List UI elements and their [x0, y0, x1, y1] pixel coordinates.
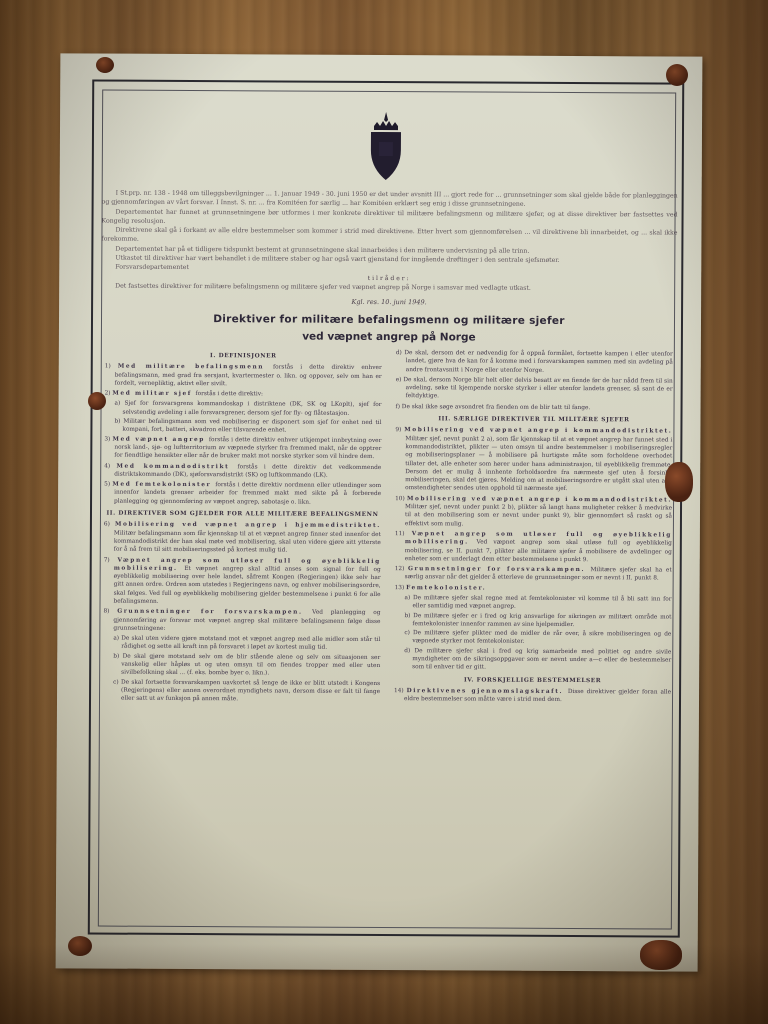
right-column: d) De skal, dersom det er nødvendig for …: [394, 349, 673, 707]
directive-item: 1) Med militære befalingsmenn forstås i …: [105, 363, 382, 389]
item-lead: Med femtekolonister: [112, 482, 215, 489]
sub-item-number: c): [113, 679, 121, 685]
sub-item-number: c): [404, 630, 413, 636]
item-lead: Med militære befalingsmenn: [118, 364, 273, 371]
item-lead: Med væpnet angrep: [112, 436, 208, 443]
sub-item-number: d): [404, 648, 414, 654]
directive-item: 10) Mobilisering ved væpnet angrep i kom…: [395, 495, 672, 530]
item-text: forstås i dette direktiv:: [195, 391, 262, 397]
preamble: I St.prp. nr. 138 - 1948 om tilleggsbevi…: [97, 189, 681, 276]
coat-of-arms-icon: [365, 110, 407, 185]
sub-item-number: b): [404, 613, 413, 619]
sub-item: d) De militære sjefer skal i fred og kri…: [394, 647, 671, 673]
pushpin-top-left: [96, 57, 114, 73]
item-number: 4): [104, 463, 116, 469]
item-number: 11): [395, 531, 412, 537]
directive-item: e) De skal, dersom Norge blir helt eller…: [396, 376, 673, 402]
directive-item: 2) Med militær sjef forstås i dette dire…: [105, 390, 382, 400]
sub-item: b) De skal gjøre motstand selv om de bli…: [103, 652, 380, 678]
item-number: 2): [105, 391, 113, 397]
item-text: Militær sjef, nevnt punkt 2 a), som får …: [405, 436, 672, 493]
directive-item: 12) Grunnsetninger for forsvarskampen. M…: [395, 565, 672, 583]
resolution-paragraph: Det fastsettes direktiver for militære b…: [101, 281, 677, 293]
pushpin-left-middle: [88, 392, 106, 410]
item-lead: Mobilisering ved væpnet angrep i kommand…: [404, 427, 672, 434]
item-lead: Med militær sjef: [112, 391, 195, 397]
item-number: 8): [103, 609, 117, 615]
sub-item-text: De skal uten videre gjøre motstand mot e…: [121, 636, 380, 651]
item-number: 6): [104, 522, 115, 528]
sub-item-text: De militære sjefer plikter med de midler…: [412, 630, 671, 645]
sub-item: b) De militære sjefer er i fred og krig …: [394, 612, 671, 630]
left-column: I. DEFINISJONER1) Med militære befalings…: [103, 348, 382, 706]
section-heading: II. DIREKTIVER SOM GJELDER FOR ALLE MILI…: [104, 510, 381, 520]
directive-item: 8) Grunnsetninger for forsvarskampen. Ve…: [103, 608, 380, 634]
item-text: De skal ikke søge avsondret fra fienden …: [402, 404, 591, 411]
section-heading: IV. FORSKJELLIGE BESTEMMELSER: [394, 676, 671, 686]
sub-item-text: De militære sjefer er i fred og krig ans…: [412, 613, 671, 628]
item-number: 13): [395, 585, 407, 591]
directive-item: d) De skal, dersom det er nødvendig for …: [396, 349, 673, 375]
preamble-paragraph: I St.prp. nr. 138 - 1948 om tilleggsbevi…: [102, 189, 678, 211]
item-lead: Mobilisering ved væpnet angrep i kommand…: [407, 496, 672, 503]
floor-shadow: [0, 944, 768, 1024]
item-number: 10): [395, 496, 407, 502]
item-number: 12): [395, 566, 408, 572]
directive-item: 6) Mobilisering ved væpnet angrep i hjem…: [104, 521, 381, 556]
sub-item: c) De skal fortsette forsvarskampen uavk…: [103, 678, 380, 704]
sub-item-number: a): [115, 401, 125, 407]
item-lead: Grunnsetninger for forsvarskampen.: [117, 609, 312, 616]
item-lead: Femtekolonister.: [406, 585, 486, 591]
directive-item: 13) Femtekolonister.: [395, 584, 672, 594]
item-number: 3): [104, 436, 112, 442]
directive-item: 3) Med væpnet angrep forstås i dette dir…: [104, 435, 381, 461]
sub-item-number: a): [113, 636, 121, 642]
date-line: Kgl. res. 10. juni 1949.: [97, 296, 681, 307]
sub-item-text: De skal fortsette forsvarskampen uavkort…: [121, 679, 380, 702]
directive-item: 5) Med femtekolonister forstås i dette d…: [104, 481, 381, 507]
document-subtitle: ved væpnet angrep på Norge: [97, 329, 681, 344]
item-text: Militær befalingsmann som får kjennskap …: [114, 530, 381, 554]
section-heading: I. DEFINISJONER: [105, 352, 382, 362]
item-text: De skal, dersom det er nødvendig for å o…: [404, 350, 672, 373]
sub-item-text: De militære sjefer skal i fred og krig s…: [412, 648, 671, 671]
sub-item: a) De skal uten videre gjøre motstand mo…: [103, 635, 380, 653]
sub-item: a) De militære sjefer skal regne med at …: [394, 594, 671, 612]
document-title: Direktiver for militære befalingsmenn og…: [97, 312, 681, 327]
sub-item-text: Sjef for forsvarsgrens kommandoskap i di…: [123, 401, 382, 416]
document-content: I St.prp. nr. 138 - 1948 om tilleggsbevi…: [94, 189, 682, 932]
sub-item-text: Militær befalingsmann som ved mobiliseri…: [122, 419, 381, 434]
directive-item: f) De skal ikke søge avsondret fra fiend…: [396, 403, 673, 413]
sub-item-text: De militære sjefer skal regne med at fem…: [412, 595, 671, 610]
pushpin-right-middle: [665, 462, 693, 502]
directive-item: 4) Med kommandodistrikt forstås i dette …: [104, 462, 381, 480]
item-text: Militær sjef, nevnt under punkt 2 b), pl…: [405, 504, 672, 527]
item-number: e): [396, 377, 404, 383]
item-number: d): [396, 350, 405, 356]
directive-item: 14) Direktivenes gjennomslagskraft. Diss…: [394, 687, 671, 705]
item-lead: Med kommandodistrikt: [117, 463, 238, 470]
section-heading: III. SÆRLIGE DIREKTIVER TIL MILITÆRE SJE…: [395, 415, 672, 425]
two-column-body: I. DEFINISJONER1) Med militære befalings…: [95, 347, 681, 707]
item-lead: Grunnsetninger for forsvarskampen.: [408, 566, 591, 573]
directive-item: 11) Væpnet angrep som utløser full og øy…: [395, 530, 672, 565]
resolution-text: Det fastsettes direktiver for militære b…: [97, 281, 681, 293]
sub-item: c) De militære sjefer plikter med de mid…: [394, 629, 671, 647]
sub-item-text: De skal gjøre motstand selv om de blir s…: [121, 653, 380, 676]
sub-item-number: b): [114, 419, 123, 425]
item-number: 1): [105, 364, 118, 370]
sub-item: b) Militær befalingsmann som ved mobilis…: [104, 418, 381, 436]
item-number: 9): [395, 427, 404, 433]
sub-item: a) Sjef for forsvarsgrens kommandoskap i…: [104, 400, 381, 418]
document-poster: I St.prp. nr. 138 - 1948 om tilleggsbevi…: [56, 53, 703, 971]
pushpin-top-right: [666, 64, 688, 86]
item-lead: Mobilisering ved væpnet angrep i hjemmed…: [115, 522, 381, 529]
directive-item: 7) Væpnet angrep som utløser full og øye…: [104, 556, 381, 607]
item-number: 14): [394, 688, 407, 694]
item-lead: Direktivenes gjennomslagskraft.: [407, 688, 568, 695]
item-text: De skal, dersom Norge blir helt eller de…: [403, 377, 672, 400]
directive-item: 9) Mobilisering ved væpnet angrep i komm…: [395, 426, 672, 494]
item-number: 7): [104, 557, 118, 563]
